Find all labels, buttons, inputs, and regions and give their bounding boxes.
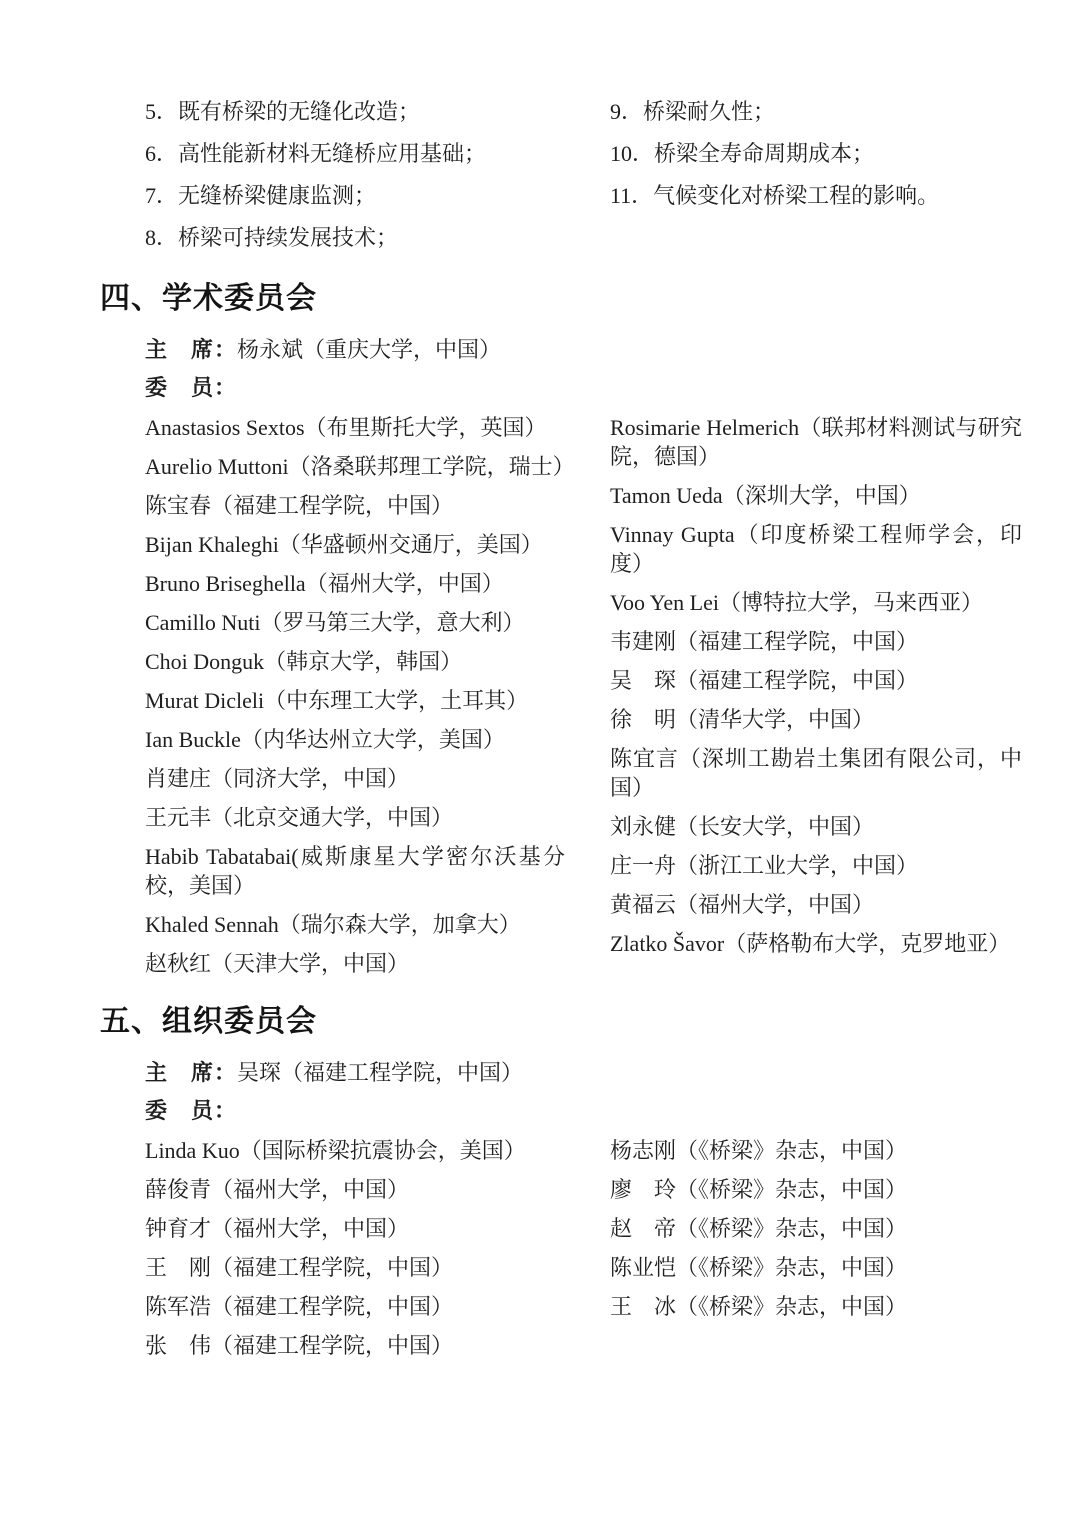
member-item: Bruno Briseghella（福州大学，中国） xyxy=(145,569,565,598)
member-item: Tamon Ueda（深圳大学，中国） xyxy=(610,481,1022,510)
academic-committee-members-label: 委 员： xyxy=(145,373,1022,403)
topics-column-right: 9．桥梁耐久性；10．桥梁全寿命周期成本；11．气候变化对桥梁工程的影响。 xyxy=(610,97,1022,265)
member-item: 廖 玲（《桥梁》杂志，中国） xyxy=(610,1175,1022,1204)
topic-item: 8．桥梁可持续发展技术； xyxy=(145,223,610,253)
organizing-committee-heading: 五、组织委员会 xyxy=(100,1002,1022,1042)
academic-committee-heading: 四、学术委员会 xyxy=(100,279,1022,319)
member-item: Choi Donguk（韩京大学，韩国） xyxy=(145,647,565,676)
member-item: Camillo Nuti（罗马第三大学，意大利） xyxy=(145,608,565,637)
organizing-committee-chair-line: 主 席：吴琛（福建工程学院，中国） xyxy=(145,1058,1022,1088)
member-item: 王 冰（《桥梁》杂志，中国） xyxy=(610,1292,1022,1321)
member-item: Rosimarie Helmerich（联邦材料测试与研究院，德国） xyxy=(610,413,1022,471)
member-item: 肖建庄（同济大学，中国） xyxy=(145,764,565,793)
member-item: 张 伟（福建工程学院，中国） xyxy=(145,1331,565,1360)
member-item: 陈军浩（福建工程学院，中国） xyxy=(145,1292,565,1321)
member-item: 薛俊青（福州大学，中国） xyxy=(145,1175,565,1204)
member-item: 庄一舟（浙江工业大学，中国） xyxy=(610,851,1022,880)
topics-section: 5．既有桥梁的无缝化改造；6．高性能新材料无缝桥应用基础；7．无缝桥梁健康监测；… xyxy=(100,97,1022,265)
member-item: Vinnay Gupta（印度桥梁工程师学会，印度） xyxy=(610,520,1022,578)
member-item: Ian Buckle（内华达州立大学，美国） xyxy=(145,725,565,754)
member-item: 陈宜言（深圳工勘岩土集团有限公司，中国） xyxy=(610,744,1022,802)
member-item: Murat Dicleli（中东理工大学，土耳其） xyxy=(145,686,565,715)
member-item: 钟育才（福州大学，中国） xyxy=(145,1214,565,1243)
member-item: 王元丰（北京交通大学，中国） xyxy=(145,803,565,832)
member-item: Habib Tabatabai(威斯康星大学密尔沃基分校，美国） xyxy=(145,842,565,900)
member-item: Khaled Sennah（瑞尔森大学，加拿大） xyxy=(145,910,565,939)
topic-item: 10．桥梁全寿命周期成本； xyxy=(610,139,1022,169)
organizing-members-column-left: Linda Kuo（国际桥梁抗震协会，美国）薛俊青（福州大学，中国）钟育才（福州… xyxy=(145,1136,565,1370)
member-item: 陈宝春（福建工程学院，中国） xyxy=(145,491,565,520)
academic-committee-members: Anastasios Sextos（布里斯托大学，英国）Aurelio Mutt… xyxy=(100,413,1022,988)
topics-column-left: 5．既有桥梁的无缝化改造；6．高性能新材料无缝桥应用基础；7．无缝桥梁健康监测；… xyxy=(145,97,610,265)
member-item: 陈业恺（《桥梁》杂志，中国） xyxy=(610,1253,1022,1282)
organizing-members-column-right: 杨志刚（《桥梁》杂志，中国）廖 玲（《桥梁》杂志，中国）赵 帝（《桥梁》杂志，中… xyxy=(610,1136,1022,1370)
member-item: 赵 帝（《桥梁》杂志，中国） xyxy=(610,1214,1022,1243)
member-item: Anastasios Sextos（布里斯托大学，英国） xyxy=(145,413,565,442)
topic-item: 5．既有桥梁的无缝化改造； xyxy=(145,97,610,127)
member-item: 黄福云（福州大学，中国） xyxy=(610,890,1022,919)
member-item: Aurelio Muttoni（洛桑联邦理工学院，瑞士） xyxy=(145,452,565,481)
member-item: 徐 明（清华大学，中国） xyxy=(610,705,1022,734)
topic-item: 11．气候变化对桥梁工程的影响。 xyxy=(610,181,1022,211)
chair-value: 吴琛（福建工程学院，中国） xyxy=(237,1060,523,1085)
topic-item: 6．高性能新材料无缝桥应用基础； xyxy=(145,139,610,169)
member-item: Zlatko Šavor（萨格勒布大学，克罗地亚） xyxy=(610,929,1022,958)
member-item: Linda Kuo（国际桥梁抗震协会，美国） xyxy=(145,1136,565,1165)
organizing-committee-members-label: 委 员： xyxy=(145,1096,1022,1126)
document-page: 5．既有桥梁的无缝化改造；6．高性能新材料无缝桥应用基础；7．无缝桥梁健康监测；… xyxy=(0,0,1080,1527)
member-item: 杨志刚（《桥梁》杂志，中国） xyxy=(610,1136,1022,1165)
member-item: 韦建刚（福建工程学院，中国） xyxy=(610,627,1022,656)
chair-label: 主 席： xyxy=(145,337,237,362)
academic-committee-chair-line: 主 席：杨永斌（重庆大学，中国） xyxy=(145,335,1022,365)
member-item: Bijan Khaleghi（华盛顿州交通厅，美国） xyxy=(145,530,565,559)
member-item: 王 刚（福建工程学院，中国） xyxy=(145,1253,565,1282)
chair-label: 主 席： xyxy=(145,1060,237,1085)
member-item: Voo Yen Lei（博特拉大学，马来西亚） xyxy=(610,588,1022,617)
member-item: 吴 琛（福建工程学院，中国） xyxy=(610,666,1022,695)
member-item: 刘永健（长安大学，中国） xyxy=(610,812,1022,841)
chair-value: 杨永斌（重庆大学，中国） xyxy=(237,337,501,362)
member-item: 赵秋红（天津大学，中国） xyxy=(145,949,565,978)
organizing-committee-members: Linda Kuo（国际桥梁抗震协会，美国）薛俊青（福州大学，中国）钟育才（福州… xyxy=(100,1136,1022,1370)
topic-item: 9．桥梁耐久性； xyxy=(610,97,1022,127)
academic-members-column-left: Anastasios Sextos（布里斯托大学，英国）Aurelio Mutt… xyxy=(145,413,565,988)
academic-members-column-right: Rosimarie Helmerich（联邦材料测试与研究院，德国）Tamon … xyxy=(610,413,1022,988)
topic-item: 7．无缝桥梁健康监测； xyxy=(145,181,610,211)
